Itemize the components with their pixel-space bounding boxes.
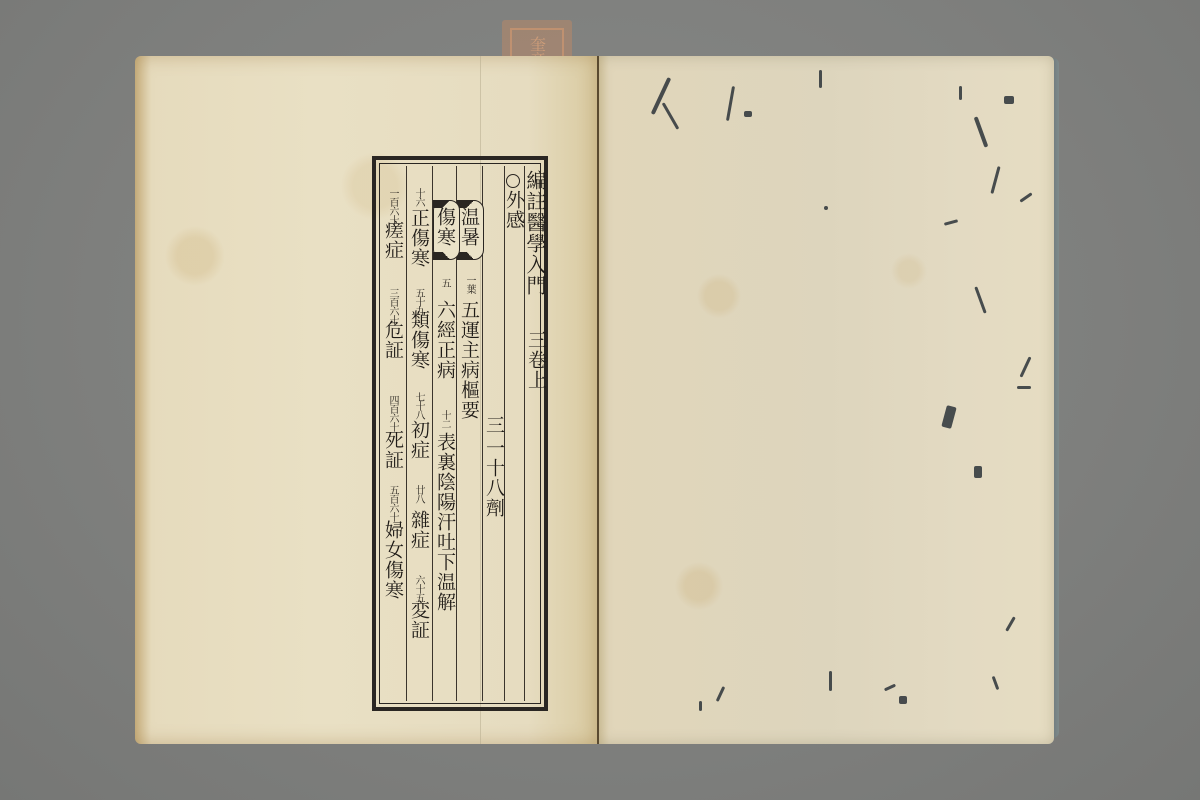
toc-entry: 五運主病樞要 <box>459 300 478 420</box>
toc-entry: 類傷寒 <box>409 310 428 370</box>
worm-damage <box>884 684 896 692</box>
worm-damage <box>1017 386 1031 389</box>
open-book: 編註醫學入門 三卷上 外感 温暑 一葉 五運主病樞要 三 一十八劑 傷寒 五 六… <box>135 56 1060 746</box>
page-number: 七十八 <box>413 392 423 419</box>
table-of-contents-frame: 編註醫學入門 三卷上 外感 温暑 一葉 五運主病樞要 三 一十八劑 傷寒 五 六… <box>372 156 548 711</box>
worm-damage <box>944 219 958 226</box>
toc-entry: 一十八劑 <box>484 438 503 518</box>
toc-entry: 初症 <box>409 420 428 460</box>
worm-damage <box>829 671 832 691</box>
right-page <box>599 56 1054 744</box>
worm-damage <box>1005 616 1016 631</box>
worm-damage <box>959 86 962 100</box>
page-number: 五百六十 <box>387 485 397 521</box>
worm-damage <box>824 206 828 210</box>
toc-entry: 雜症 <box>409 510 428 550</box>
column-rule <box>406 166 407 701</box>
worm-damage <box>941 405 956 429</box>
page-number: 四百六十 <box>387 395 397 431</box>
worm-damage <box>990 166 1000 194</box>
worm-damage <box>716 686 725 702</box>
worm-damage <box>899 696 907 704</box>
book-title: 編註醫學入門 <box>525 170 545 296</box>
page-number: 五 <box>439 278 449 287</box>
worm-damage <box>974 286 986 313</box>
left-page: 編註醫學入門 三卷上 外感 温暑 一葉 五運主病樞要 三 一十八劑 傷寒 五 六… <box>135 56 597 744</box>
page-number: 十二 <box>439 410 449 428</box>
worm-damage <box>992 676 1000 690</box>
worm-damage <box>1004 96 1014 104</box>
worm-damage <box>744 111 752 117</box>
section-marker-icon <box>506 174 520 188</box>
worm-damage <box>699 701 702 711</box>
toc-entry-page: 三 <box>484 415 503 435</box>
worm-damage <box>1019 192 1032 202</box>
page-number: 廿八 <box>413 485 423 503</box>
worm-damage <box>974 466 982 478</box>
section-badge-label: 温暑 <box>459 207 478 247</box>
section-badge-label: 傷寒 <box>435 207 454 247</box>
toc-entry: 危証 <box>383 320 402 360</box>
worm-damage <box>974 116 989 147</box>
worm-damage <box>819 70 822 88</box>
page-number: 十六 <box>413 188 423 206</box>
toc-entry: 婦女傷寒 <box>383 520 402 600</box>
page-number: 六十五 <box>413 575 423 602</box>
page-number: 一百六十 <box>387 188 397 224</box>
toc-entry: 六經正病 <box>435 300 454 380</box>
toc-entry: 正傷寒 <box>409 208 428 268</box>
page-number: 三百六十 <box>387 288 397 324</box>
worm-damage <box>726 86 735 121</box>
worm-damage <box>662 102 680 129</box>
page-number: 一葉 <box>464 275 474 293</box>
toc-entry: 瘥症 <box>383 220 402 260</box>
toc-entry: 表裏陰陽汗吐下温解 <box>435 432 454 612</box>
toc-entry: 変証 <box>409 600 428 640</box>
worm-damage <box>1019 356 1031 377</box>
toc-entry: 死証 <box>383 430 402 470</box>
toc-heading: 外感 <box>504 190 523 230</box>
volume-label: 三卷上 <box>526 330 545 390</box>
